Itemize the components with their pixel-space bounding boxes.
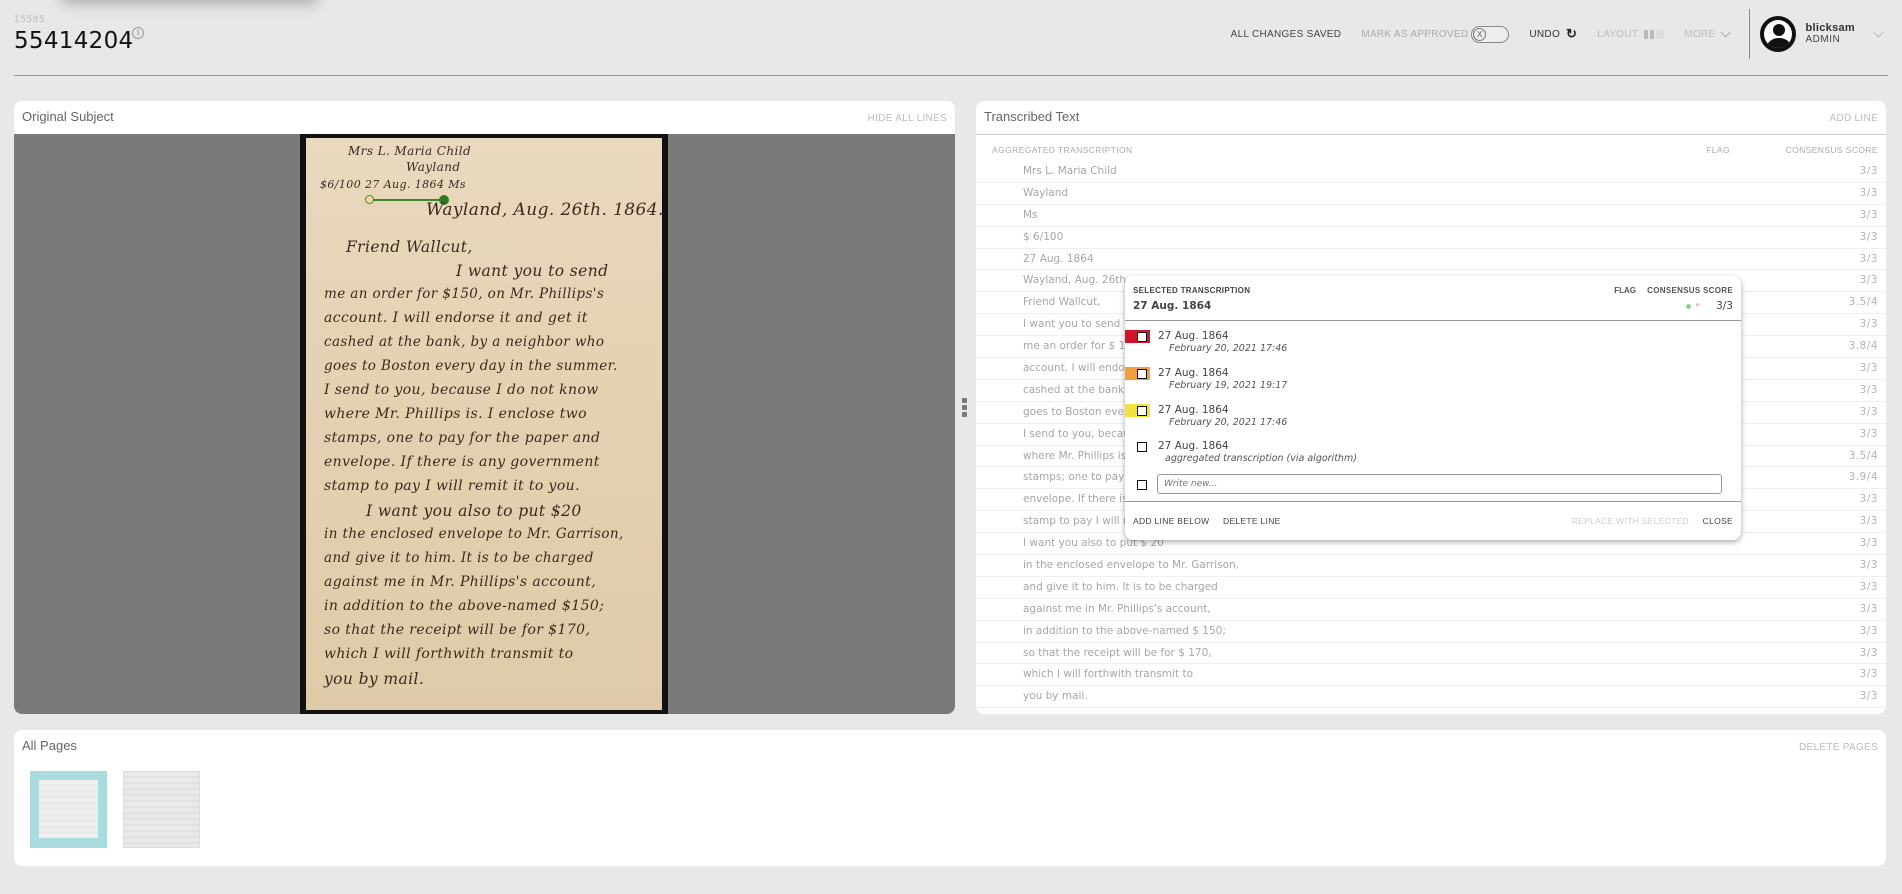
replace-with-selected-button[interactable]: REPLACE WITH SELECTED (1572, 516, 1689, 526)
row-score: 3/3 (1860, 318, 1878, 330)
more-menu-button[interactable]: MORE (1684, 29, 1728, 40)
handwriting-line: Friend Wallcut, (346, 238, 473, 256)
option-timestamp: February 20, 2021 17:46 (1169, 417, 1287, 428)
row-score: 3/3 (1860, 428, 1878, 440)
table-row[interactable]: Ms3/3 (976, 205, 1886, 227)
panel-title: Transcribed Text (984, 109, 1079, 124)
handwriting-line: account. I will endorse it and get it (324, 310, 588, 326)
undo-label: UNDO (1529, 29, 1560, 40)
option-text: 27 Aug. 1864 (1158, 330, 1229, 342)
handwriting-line: Mrs L. Maria Child (348, 144, 471, 158)
subject-id-title: 55414204 (14, 28, 133, 54)
handwriting-line: so that the receipt will be for $170, (324, 622, 590, 638)
table-row[interactable]: which I will forthwith transmit to3/3 (976, 664, 1886, 686)
option-text: 27 Aug. 1864 (1158, 367, 1229, 379)
table-row[interactable]: and give it to him. It is to be charged3… (976, 577, 1886, 599)
selected-transcription-text: 27 Aug. 1864 (1133, 300, 1211, 312)
delete-line-button[interactable]: DELETE LINE (1223, 516, 1281, 526)
transcription-option[interactable]: 27 Aug. 1864 February 20, 2021 17:46 (1125, 328, 1741, 362)
layout-label: LAYOUT (1597, 29, 1638, 40)
option-source: aggregated transcription (via algorithm) (1165, 453, 1357, 464)
row-text: I send to you, becau (1023, 428, 1130, 440)
handwriting-line: envelope. If there is any government (324, 454, 600, 470)
table-row[interactable]: so that the receipt will be for $ 170,3/… (976, 643, 1886, 665)
row-score: 3/3 (1860, 253, 1878, 265)
popup-consensus-score: 3/3 (1716, 300, 1733, 312)
popup-flag-header: FLAG (1614, 286, 1636, 295)
row-text: in addition to the above-named $ 150; (1023, 625, 1226, 637)
row-score: 3/3 (1860, 625, 1878, 637)
row-text: envelope. If there is (1023, 493, 1128, 505)
toolbar-divider (1749, 9, 1750, 59)
row-text: goes to Boston ever (1023, 406, 1128, 418)
handwriting-line: I want you to send (456, 262, 608, 280)
project-id: 15585 (14, 15, 45, 25)
line-start-point[interactable] (365, 195, 374, 204)
option-checkbox[interactable] (1137, 332, 1147, 342)
row-score: 3/3 (1860, 515, 1878, 527)
row-text: where Mr. Phillips is (1023, 450, 1126, 462)
document-image[interactable]: Mrs L. Maria Child Wayland $6/100 27 Aug… (300, 134, 668, 714)
column-flag: FLAG (1706, 145, 1730, 155)
option-checkbox[interactable] (1137, 480, 1147, 490)
row-text: me an order for $ 15 (1023, 340, 1132, 352)
handwriting-line: Wayland (406, 160, 460, 174)
divider (1125, 320, 1741, 321)
handwriting-line: I want you also to put $20 (366, 502, 582, 520)
handwriting-line: you by mail. (324, 670, 424, 688)
handwriting-line: cashed at the bank, by a neighbor who (324, 334, 604, 350)
user-name: blicksam (1806, 23, 1855, 34)
info-icon[interactable]: i (132, 27, 144, 39)
row-text: so that the receipt will be for $ 170, (1023, 647, 1212, 659)
page-header: 15585 55414204 i ALL CHANGES SAVED MARK … (14, 0, 1888, 76)
row-text: Friend Wallcut, (1023, 296, 1101, 308)
add-line-below-button[interactable]: ADD LINE BELOW (1133, 516, 1209, 526)
option-text: 27 Aug. 1864 (1158, 440, 1229, 452)
toggle-x-icon: X (1473, 28, 1486, 41)
more-label: MORE (1684, 29, 1715, 40)
row-text: Mrs L. Maria Child (1023, 165, 1117, 177)
hide-all-lines-button[interactable]: HIDE ALL LINES (868, 113, 947, 124)
option-checkbox[interactable] (1137, 406, 1147, 416)
transcription-option[interactable]: 27 Aug. 1864 aggregated transcription (v… (1125, 438, 1741, 472)
add-line-button[interactable]: ADD LINE (1829, 113, 1878, 124)
table-row[interactable]: in the enclosed envelope to Mr. Garrison… (976, 555, 1886, 577)
undo-button[interactable]: UNDO ↻ (1529, 26, 1577, 42)
undo-icon: ↻ (1566, 26, 1577, 42)
mark-approved-label: MARK AS APPROVED (1361, 29, 1468, 40)
table-row[interactable]: in addition to the above-named $ 150;3/3 (976, 621, 1886, 643)
row-text: cashed at the bank, (1023, 384, 1127, 396)
row-score: 3/3 (1860, 690, 1878, 702)
table-row[interactable]: Mrs L. Maria Child3/3 (976, 161, 1886, 183)
panel-title: All Pages (22, 738, 77, 753)
row-text: stamp to pay I will r (1023, 515, 1127, 527)
row-score: 3/3 (1860, 537, 1878, 549)
close-button[interactable]: CLOSE (1703, 516, 1733, 526)
row-score: 3/3 (1860, 209, 1878, 221)
handwriting-line: $6/100 27 Aug. 1864 Ms (320, 178, 466, 191)
row-score: 3/3 (1860, 187, 1878, 199)
layout-columns-icon (1644, 30, 1664, 39)
panel-title: Original Subject (22, 109, 114, 124)
row-score: 3.5/4 (1849, 450, 1878, 462)
delete-pages-button[interactable]: DELETE PAGES (1799, 742, 1878, 753)
row-text: against me in Mr. Phillips's account, (1023, 603, 1211, 615)
row-score: 3.9/4 (1849, 471, 1878, 483)
chevron-down-icon (1720, 27, 1730, 37)
table-row[interactable]: against me in Mr. Phillips's account,3/3 (976, 599, 1886, 621)
row-score: 3/3 (1860, 603, 1878, 615)
handwriting-line: where Mr. Phillips is. I enclose two (324, 406, 587, 422)
user-role: ADMIN (1806, 34, 1855, 45)
handwriting-line: which I will forthwith transmit to (324, 646, 573, 662)
row-score: 3/3 (1860, 581, 1878, 593)
row-score: 3/3 (1860, 493, 1878, 505)
row-score: 3/3 (1860, 384, 1878, 396)
row-score: 3/3 (1860, 274, 1878, 286)
handwriting-line: stamps, one to pay for the paper and (324, 430, 600, 446)
avatar-icon (1760, 16, 1796, 52)
handwriting-line: against me in Mr. Phillips's account, (324, 574, 596, 590)
handwriting-line: goes to Boston every day in the summer. (324, 358, 618, 374)
row-text: you by mail. (1023, 690, 1088, 702)
row-score: 3/3 (1860, 647, 1878, 659)
row-text: I want you to send (1023, 318, 1120, 330)
handwriting-line: I send to you, because I do not know (324, 382, 599, 398)
handwriting-line: in addition to the above-named $150; (324, 598, 604, 614)
option-timestamp: February 20, 2021 17:46 (1169, 343, 1287, 354)
table-row[interactable]: Wayland3/3 (976, 183, 1886, 205)
row-score: 3/3 (1860, 559, 1878, 571)
row-text: in the enclosed envelope to Mr. Garrison… (1023, 559, 1239, 571)
original-subject-panel: Original Subject HIDE ALL LINES Mrs L. M… (14, 101, 955, 714)
row-score: 3/3 (1860, 362, 1878, 374)
layout-button[interactable]: LAYOUT (1597, 29, 1664, 40)
write-new-input[interactable] (1157, 474, 1722, 494)
row-score: 3/3 (1860, 406, 1878, 418)
row-text: 27 Aug. 1864 (1023, 253, 1094, 265)
option-timestamp: February 19, 2021 19:17 (1169, 380, 1287, 391)
row-score: 3.5/4 (1849, 296, 1878, 308)
option-checkbox[interactable] (1137, 442, 1147, 452)
table-row[interactable]: $ 6/1003/3 (976, 227, 1886, 249)
panel-resize-handle[interactable] (962, 398, 968, 419)
row-score: 3/3 (1860, 668, 1878, 680)
row-text: account. I will endo (1023, 362, 1125, 374)
table-row[interactable]: you by mail.3/3 (976, 686, 1886, 708)
transcription-table-header: AGGREGATED TRANSCRIPTION FLAG CONSENSUS … (976, 134, 1886, 135)
option-checkbox[interactable] (1137, 369, 1147, 379)
row-text: Wayland (1023, 187, 1068, 199)
transcription-option[interactable]: 27 Aug. 1864 February 20, 2021 17:46 (1125, 402, 1741, 436)
column-aggregated: AGGREGATED TRANSCRIPTION (992, 145, 1133, 155)
mark-approved-control[interactable]: MARK AS APPROVED X (1361, 26, 1509, 43)
handwriting-line: in the enclosed envelope to Mr. Garrison… (324, 526, 624, 542)
chevron-down-icon (1874, 27, 1884, 37)
row-score: 3.8/4 (1849, 340, 1878, 352)
row-text: Ms (1023, 209, 1038, 221)
all-pages-panel: All Pages DELETE PAGES (14, 730, 1886, 866)
letter-page: Mrs L. Maria Child Wayland $6/100 27 Aug… (306, 138, 662, 710)
row-score: 3/3 (1860, 231, 1878, 243)
flag-icon[interactable] (1696, 303, 1701, 309)
column-consensus: CONSENSUS SCORE (1786, 145, 1878, 155)
row-text: and give it to him. It is to be charged (1023, 581, 1218, 593)
row-text: $ 6/100 (1023, 231, 1063, 243)
save-status: ALL CHANGES SAVED (1231, 29, 1342, 40)
toolbar: ALL CHANGES SAVED MARK AS APPROVED X UND… (1211, 12, 1888, 56)
page-thumbnail[interactable] (123, 771, 200, 848)
approved-toggle[interactable]: X (1471, 26, 1509, 43)
selected-transcription-popup: SELECTED TRANSCRIPTION 27 Aug. 1864 FLAG… (1125, 276, 1741, 540)
option-text: 27 Aug. 1864 (1158, 404, 1229, 416)
divider (1125, 501, 1741, 502)
table-row[interactable]: 27 Aug. 18643/3 (976, 249, 1886, 271)
page-thumbnail-selected[interactable] (30, 771, 107, 848)
handwriting-line: stamp to pay I will remit it to you. (324, 478, 580, 494)
status-dot-icon (1686, 304, 1691, 309)
popup-label: SELECTED TRANSCRIPTION (1133, 286, 1250, 295)
handwriting-line: Wayland, Aug. 26th. 1864. (426, 200, 662, 220)
image-viewer[interactable]: Mrs L. Maria Child Wayland $6/100 27 Aug… (14, 134, 955, 714)
popup-consensus-header: CONSENSUS SCORE (1647, 286, 1733, 295)
handwriting-line: and give it to him. It is to be charged (324, 550, 594, 566)
user-menu[interactable]: blicksam ADMIN (1760, 16, 1888, 52)
handwriting-line: me an order for $150, on Mr. Phillips's (324, 286, 604, 302)
row-score: 3/3 (1860, 165, 1878, 177)
row-text: stamps; one to pay (1023, 471, 1124, 483)
row-text: Wayland, Aug. 26th, (1023, 274, 1129, 286)
row-text: which I will forthwith transmit to (1023, 668, 1193, 680)
transcription-option[interactable]: 27 Aug. 1864 February 19, 2021 19:17 (1125, 365, 1741, 399)
